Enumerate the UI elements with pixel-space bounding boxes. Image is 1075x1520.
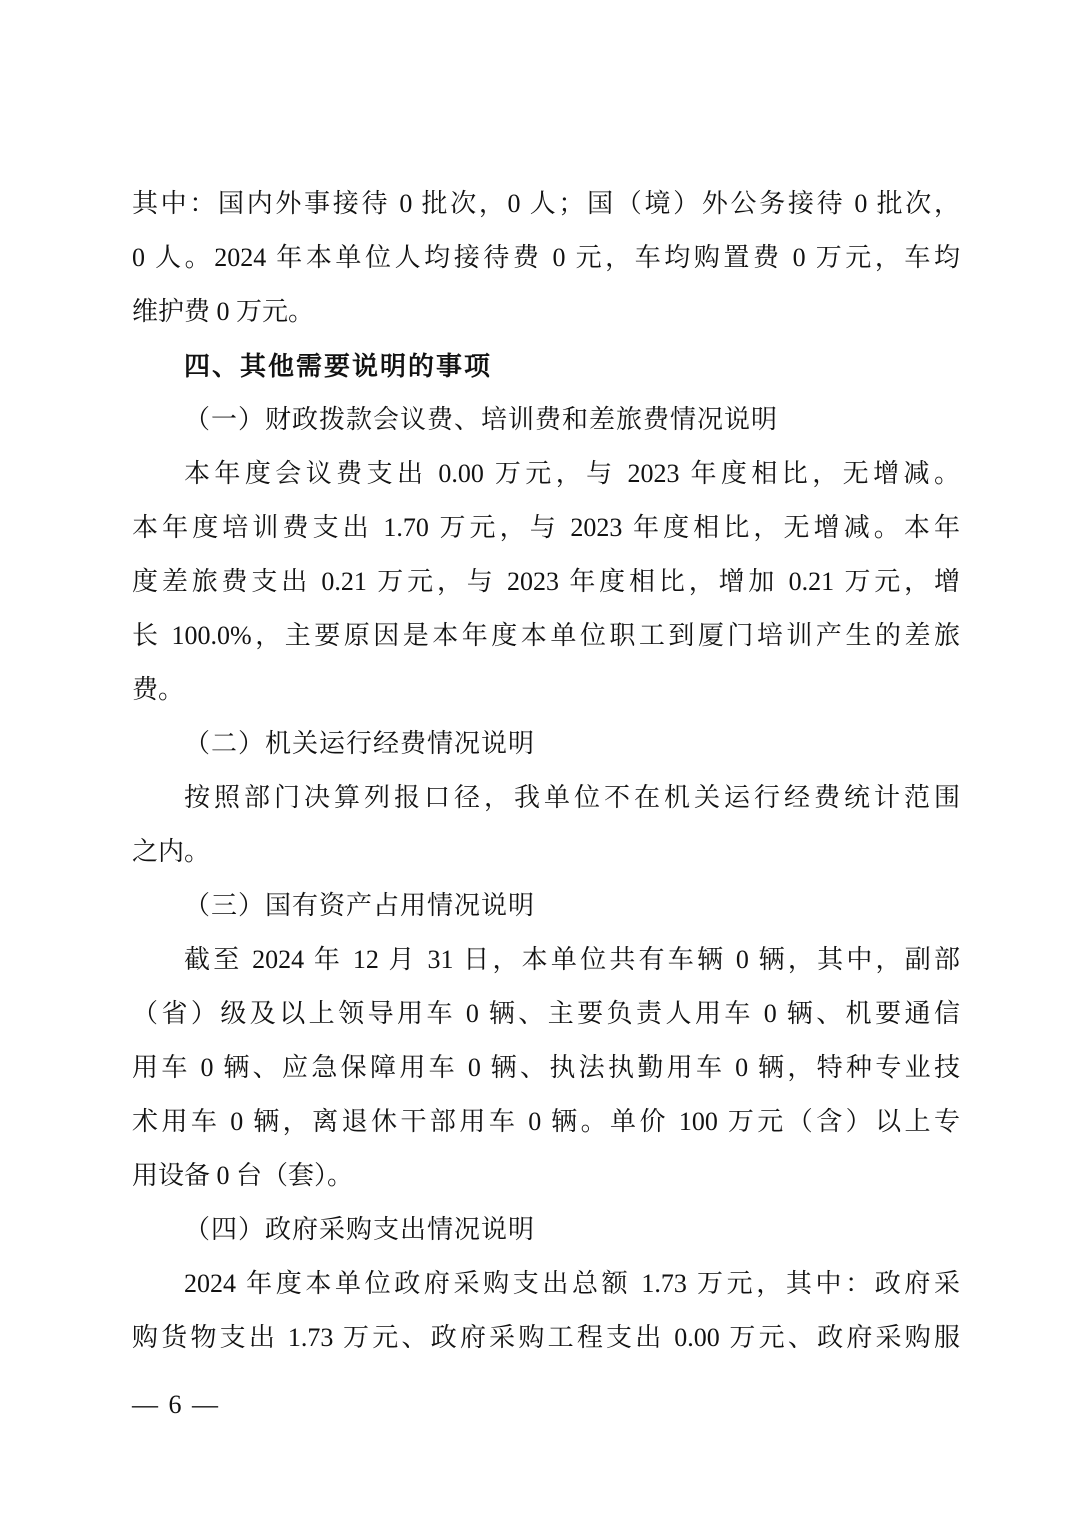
- text-line: 按照部门决算列报口径，我单位不在机关运行经费统计范围: [132, 771, 960, 825]
- subsection-heading: （二）机关运行经费情况说明: [132, 717, 960, 771]
- text-line: 截至 2024 年 12 月 31 日，本单位共有车辆 0 辆，其中，副部: [132, 933, 960, 987]
- text-line: 术用车 0 辆，离退休干部用车 0 辆。单价 100 万元（含）以上专: [132, 1095, 960, 1149]
- text-line: 0 人。2024 年本单位人均接待费 0 元，车均购置费 0 万元，车均: [132, 231, 960, 285]
- text-line: 费。: [132, 663, 960, 717]
- text-line: 2024 年度本单位政府采购支出总额 1.73 万元，其中：政府采: [132, 1257, 960, 1311]
- document-page: { "document": { "lines": [ {"text": "其中：…: [0, 0, 1075, 1520]
- text-line: 之内。: [132, 825, 960, 879]
- text-line: 维护费 0 万元。: [132, 285, 960, 339]
- text-line: 购货物支出 1.73 万元、政府采购工程支出 0.00 万元、政府采购服: [132, 1311, 960, 1365]
- text-line: 长 100.0%，主要原因是本年度本单位职工到厦门培训产生的差旅: [132, 609, 960, 663]
- text-line: 用车 0 辆、应急保障用车 0 辆、执法执勤用车 0 辆，特种专业技: [132, 1041, 960, 1095]
- subsection-heading: （三）国有资产占用情况说明: [132, 879, 960, 933]
- text-line: 本年度会议费支出 0.00 万元，与 2023 年度相比，无增减。: [132, 447, 960, 501]
- page-body-text: 其中：国内外事接待 0 批次，0 人；国（境）外公务接待 0 批次，0 人。20…: [132, 177, 960, 1365]
- section-heading: 四、其他需要说明的事项: [132, 339, 960, 393]
- text-line: 其中：国内外事接待 0 批次，0 人；国（境）外公务接待 0 批次，: [132, 177, 960, 231]
- subsection-heading: （一）财政拨款会议费、培训费和差旅费情况说明: [132, 393, 960, 447]
- text-line: 度差旅费支出 0.21 万元，与 2023 年度相比，增加 0.21 万元，增: [132, 555, 960, 609]
- text-line: （省）级及以上领导用车 0 辆、主要负责人用车 0 辆、机要通信: [132, 987, 960, 1041]
- page-number-footer: — 6 —: [132, 1385, 220, 1425]
- text-line: 用设备 0 台（套）。: [132, 1149, 960, 1203]
- subsection-heading: （四）政府采购支出情况说明: [132, 1203, 960, 1257]
- text-line: 本年度培训费支出 1.70 万元，与 2023 年度相比，无增减。本年: [132, 501, 960, 555]
